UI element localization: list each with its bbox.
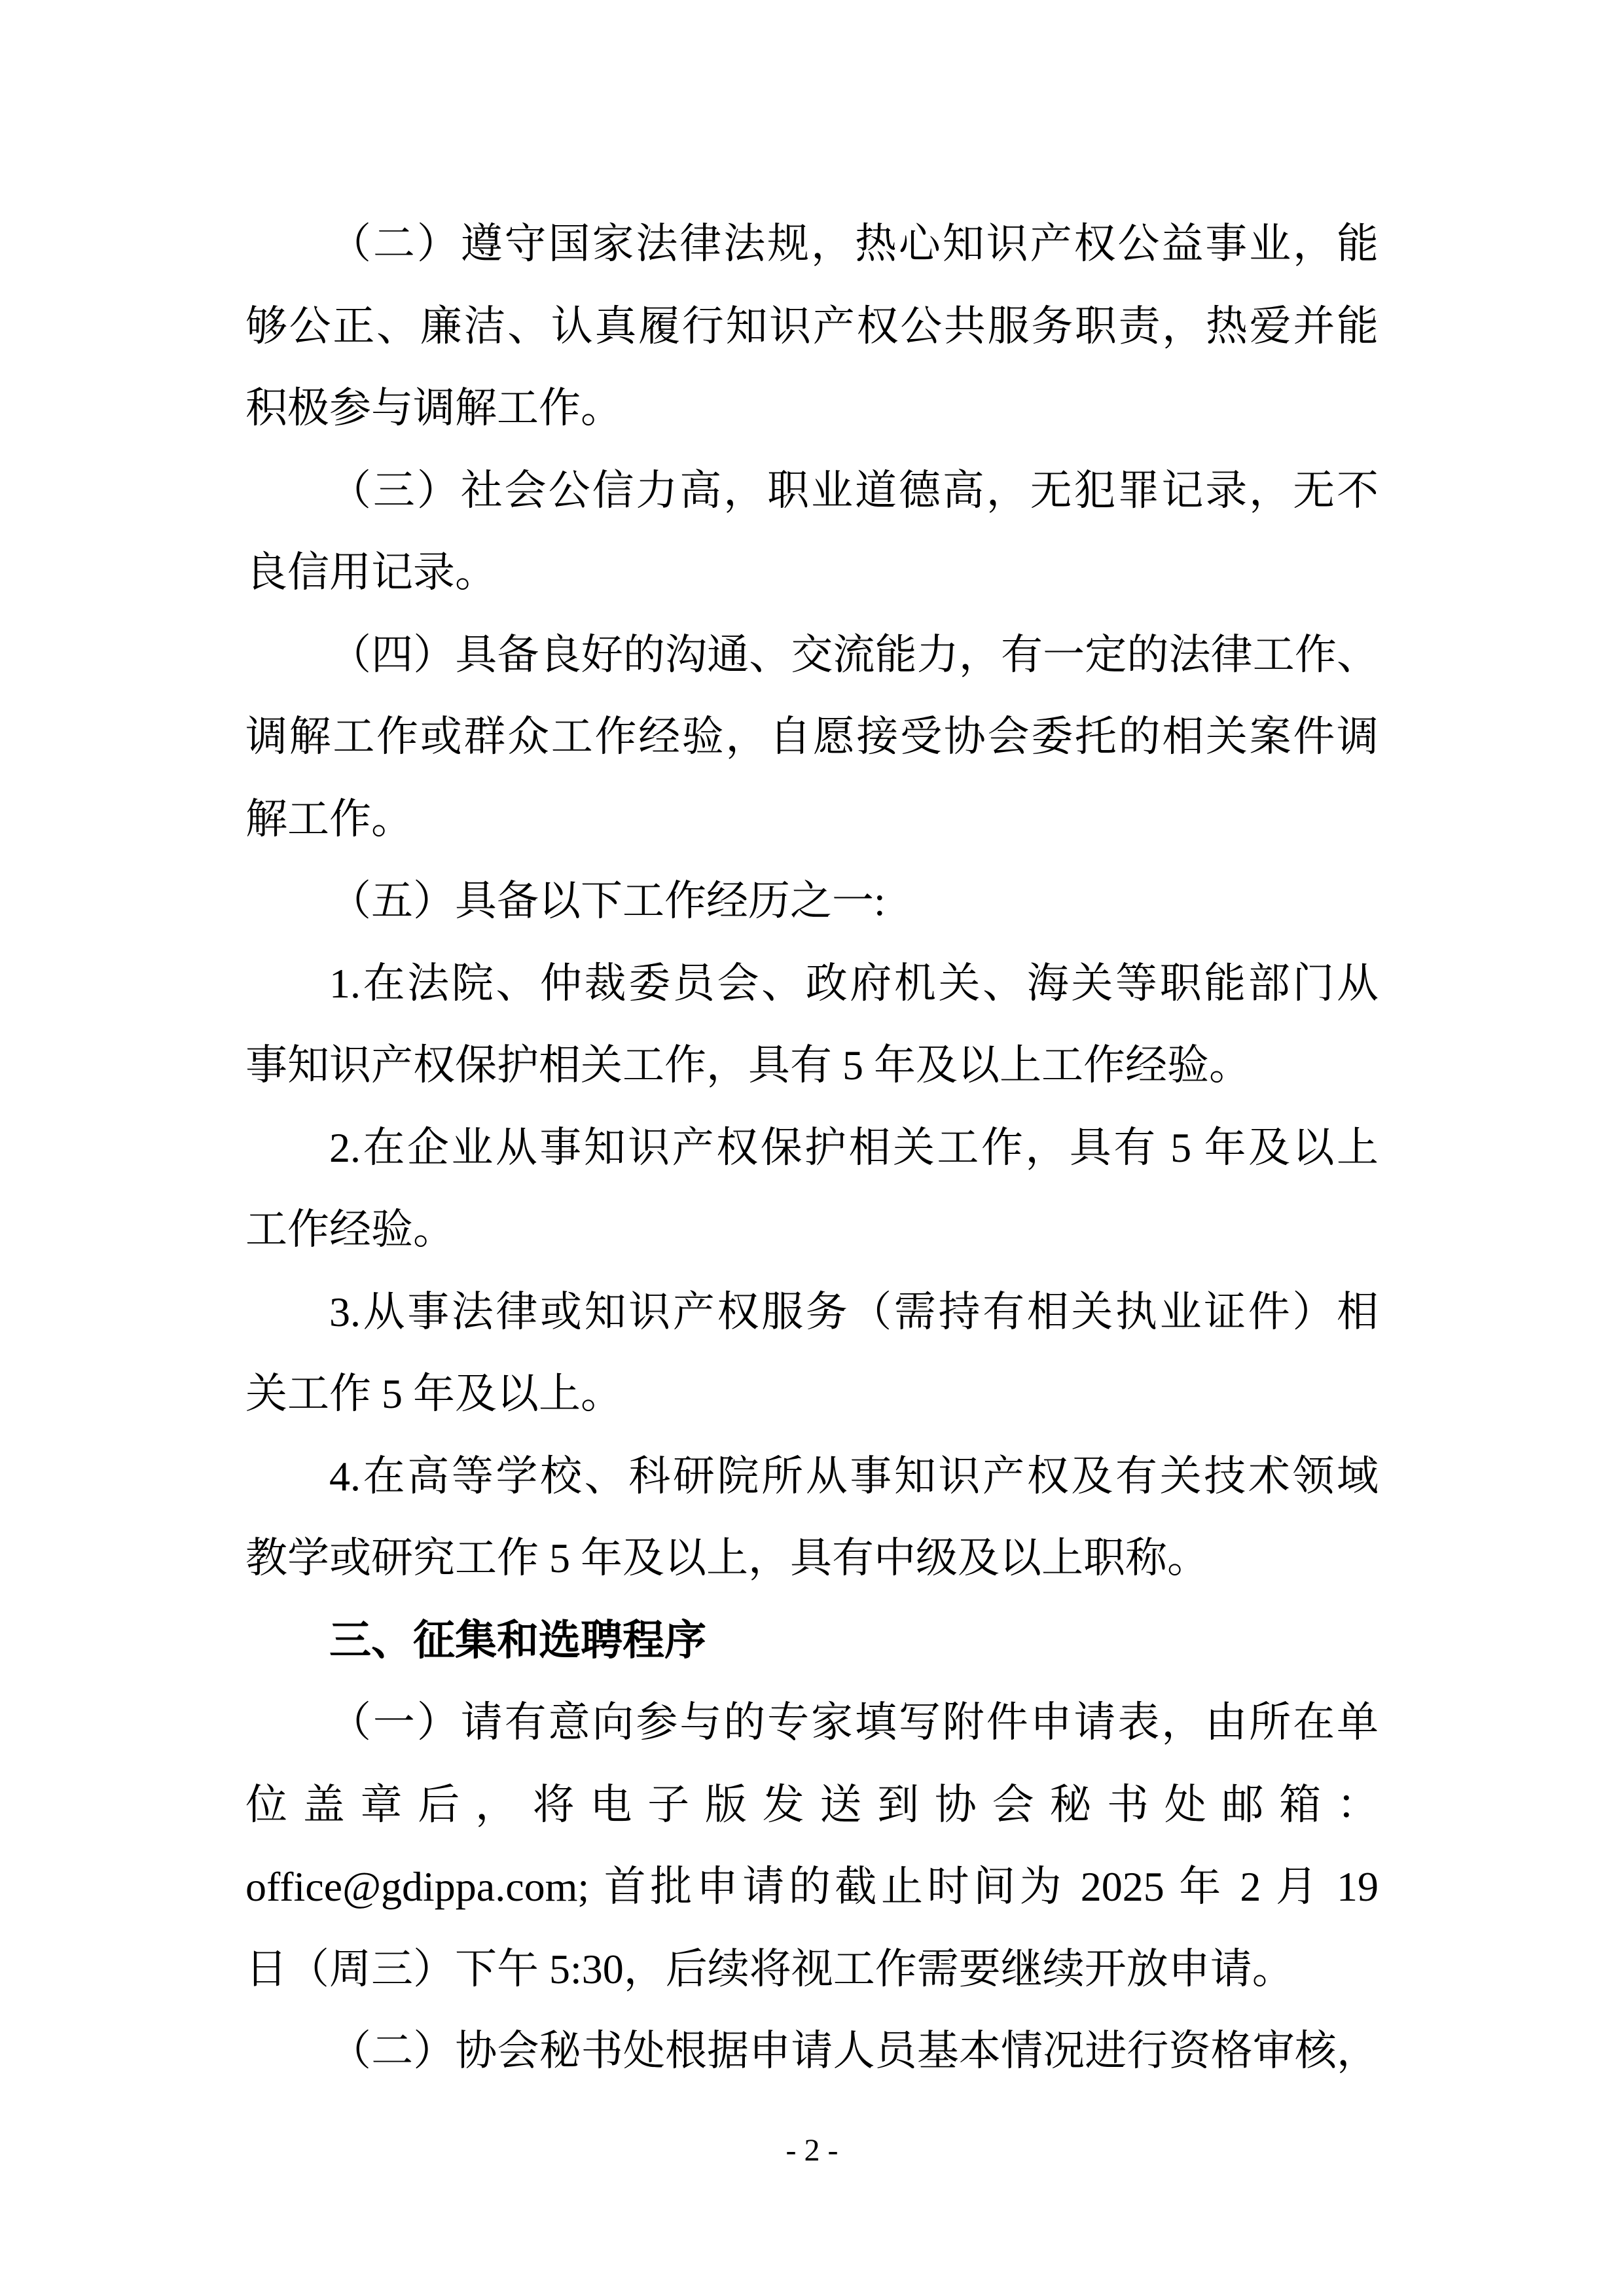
text-line: （四）具备良好的沟通、交流能力，有一定的法律工作、 (245, 614, 1379, 696)
document-page: （二）遵守国家法律法规，热心知识产权公益事业，能够公正、廉洁、认真履行知识产权公… (0, 0, 1624, 2296)
text-line: 事知识产权保护相关工作，具有 5 年及以上工作经验。 (245, 1024, 1379, 1107)
text-line: 4.在高等学校、科研院所从事知识产权及有关技术领域 (245, 1435, 1379, 1518)
text-line: 良信用记录。 (245, 531, 1379, 614)
text-line: （一）请有意向参与的专家填写附件申请表，由所在单 (245, 1681, 1379, 1764)
text-line: 调解工作或群众工作经验，自愿接受协会委托的相关案件调 (245, 696, 1379, 778)
text-line: office@gdippa.com; 首批申请的截止时间为 2025 年 2 月… (245, 1846, 1379, 1928)
text-line: 日（周三）下午 5:30，后续将视工作需要继续开放申请。 (245, 1928, 1379, 2011)
document-body: （二）遵守国家法律法规，热心知识产权公益事业，能够公正、廉洁、认真履行知识产权公… (245, 203, 1379, 2092)
text-line: 位盖章后，将电子版发送到协会秘书处邮箱： (245, 1764, 1379, 1846)
text-line: 解工作。 (245, 778, 1379, 861)
page-number: - 2 - (0, 2132, 1624, 2169)
text-line: （五）具备以下工作经历之一: (245, 860, 1379, 942)
text-line: （二）协会秘书处根据申请人员基本情况进行资格审核， (245, 2010, 1379, 2092)
section-heading: 三、征集和选聘程序 (245, 1600, 1379, 1682)
text-line: 积极参与调解工作。 (245, 367, 1379, 450)
text-line: 教学或研究工作 5 年及以上，具有中级及以上职称。 (245, 1517, 1379, 1600)
text-line: （三）社会公信力高，职业道德高，无犯罪记录，无不 (245, 450, 1379, 532)
text-line: 3.从事法律或知识产权服务（需持有相关执业证件）相 (245, 1271, 1379, 1354)
text-line: 工作经验。 (245, 1189, 1379, 1271)
text-line: 2.在企业从事知识产权保护相关工作，具有 5 年及以上 (245, 1107, 1379, 1189)
text-line: 关工作 5 年及以上。 (245, 1353, 1379, 1435)
text-line: 够公正、廉洁、认真履行知识产权公共服务职责，热爱并能 (245, 285, 1379, 368)
text-line: 1.在法院、仲裁委员会、政府机关、海关等职能部门从 (245, 942, 1379, 1025)
text-line: （二）遵守国家法律法规，热心知识产权公益事业，能 (245, 203, 1379, 285)
